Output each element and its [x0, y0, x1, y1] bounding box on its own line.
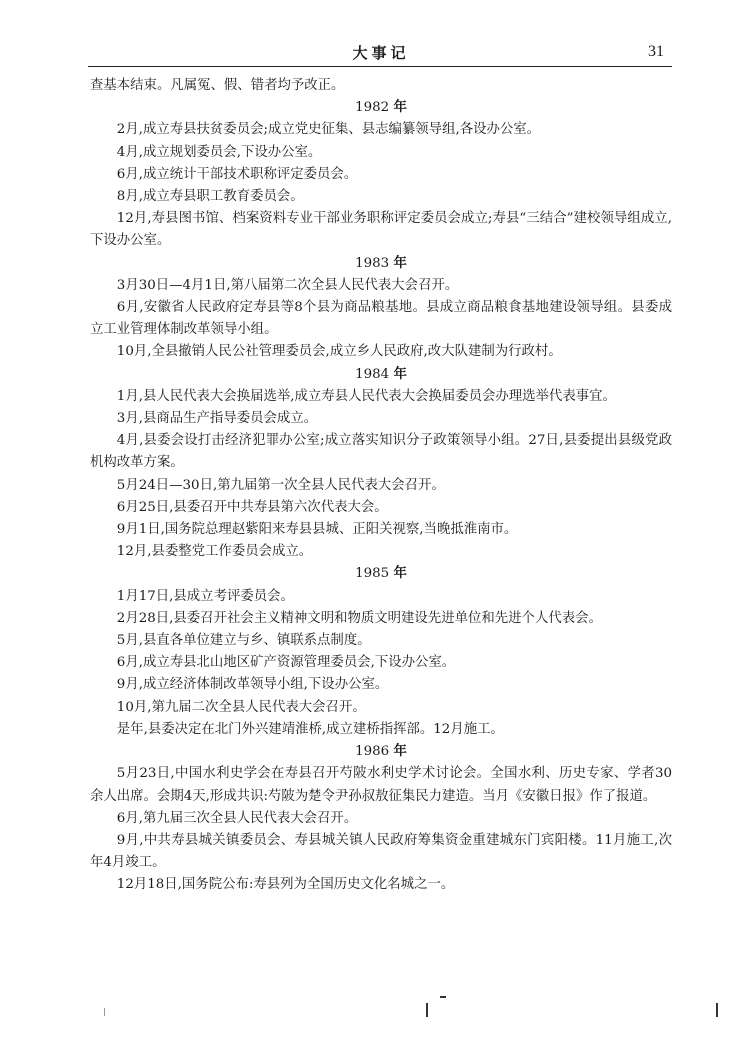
scan-mark	[426, 1003, 428, 1017]
page-number: 31	[648, 43, 664, 61]
year-heading: 1984 年	[90, 364, 672, 386]
entry: 12月18日,国务院公布:寿县列为全国历史文化名城之一。	[90, 874, 672, 896]
entry: 1月,县人民代表大会换届选举,成立寿县人民代表大会换届委员会办理选举代表事宜。	[90, 386, 672, 408]
entry: 5月23日,中国水利史学会在寿县召开芍陂水利史学术讨论会。全国水利、历史专家、学…	[90, 763, 672, 807]
entry: 12月,县委整党工作委员会成立。	[90, 541, 672, 563]
year-heading: 1985 年	[90, 563, 672, 585]
entry: 是年,县委决定在北门外兴建靖淮桥,成立建桥指挥部。12月施工。	[90, 719, 672, 741]
year-heading: 1986 年	[90, 741, 672, 763]
entry: 4月,成立规划委员会,下设办公室。	[90, 142, 672, 164]
entry: 2月28日,县委召开社会主义精神文明和物质文明建设先进单位和先进个人代表会。	[90, 608, 672, 630]
entry: 6月,安徽省人民政府定寿县等8个县为商品粮基地。县成立商品粮食基地建设领导组。县…	[90, 297, 672, 341]
entry: 1月17日,县成立考评委员会。	[90, 586, 672, 608]
entry: 5月24日—30日,第九届第一次全县人民代表大会召开。	[90, 475, 672, 497]
header-rule	[88, 66, 672, 67]
entry: 10月,第九届二次全县人民代表大会召开。	[90, 697, 672, 719]
entry: 10月,全县撤销人民公社管理委员会,成立乡人民政府,改大队建制为行政村。	[90, 341, 672, 363]
entry: 9月,中共寿县城关镇委员会、寿县城关镇人民政府筹集资金重建城东门宾阳楼。11月施…	[90, 830, 672, 874]
entry: 12月,寿县图书馆、档案资料专业干部业务职称评定委员会成立;寿县“三结合”建校领…	[90, 208, 672, 252]
entry: 6月,成立统计干部技术职称评定委员会。	[90, 164, 672, 186]
year-section-1983: 1983 年 3月30日—4月1日,第八届第二次全县人民代表大会召开。 6月,安…	[90, 253, 672, 364]
entry: 9月,成立经济体制改革领导小组,下设办公室。	[90, 674, 672, 696]
year-section-1984: 1984 年 1月,县人民代表大会换届选举,成立寿县人民代表大会换届委员会办理选…	[90, 364, 672, 564]
entry: 6月25日,县委召开中共寿县第六次代表大会。	[90, 497, 672, 519]
entry: 3月30日—4月1日,第八届第二次全县人民代表大会召开。	[90, 275, 672, 297]
chronicle-body: 查基本结束。凡属冤、假、错者均予改正。 1982 年 2月,成立寿县扶贫委员会;…	[90, 75, 672, 897]
scan-mark	[440, 996, 446, 998]
year-section-1986: 1986 年 5月23日,中国水利史学会在寿县召开芍陂水利史学术讨论会。全国水利…	[90, 741, 672, 896]
entry: 2月,成立寿县扶贫委员会;成立党史征集、县志编纂领导组,各设办公室。	[90, 119, 672, 141]
year-heading: 1982 年	[90, 97, 672, 119]
year-section-1985: 1985 年 1月17日,县成立考评委员会。 2月28日,县委召开社会主义精神文…	[90, 563, 672, 741]
entry: 9月1日,国务院总理赵紫阳来寿县县城、正阳关视察,当晚抵淮南市。	[90, 519, 672, 541]
scan-mark	[104, 1008, 105, 1016]
entry: 8月,成立寿县职工教育委员会。	[90, 186, 672, 208]
year-heading: 1983 年	[90, 253, 672, 275]
entry: 5月,县直各单位建立与乡、镇联系点制度。	[90, 630, 672, 652]
scan-mark	[716, 1003, 718, 1017]
entry: 6月,成立寿县北山地区矿产资源管理委员会,下设办公室。	[90, 652, 672, 674]
entry: 3月,县商品生产指导委员会成立。	[90, 408, 672, 430]
header-title: 大事记	[90, 42, 672, 63]
entry: 4月,县委会设打击经济犯罪办公室;成立落实知识分子政策领导小组。27日,县委提出…	[90, 430, 672, 474]
year-section-1982: 1982 年 2月,成立寿县扶贫委员会;成立党史征集、县志编纂领导组,各设办公室…	[90, 97, 672, 252]
entry: 6月,第九届三次全县人民代表大会召开。	[90, 808, 672, 830]
continuation-paragraph: 查基本结束。凡属冤、假、错者均予改正。	[90, 75, 672, 97]
running-header: 大事记 31	[90, 42, 672, 64]
